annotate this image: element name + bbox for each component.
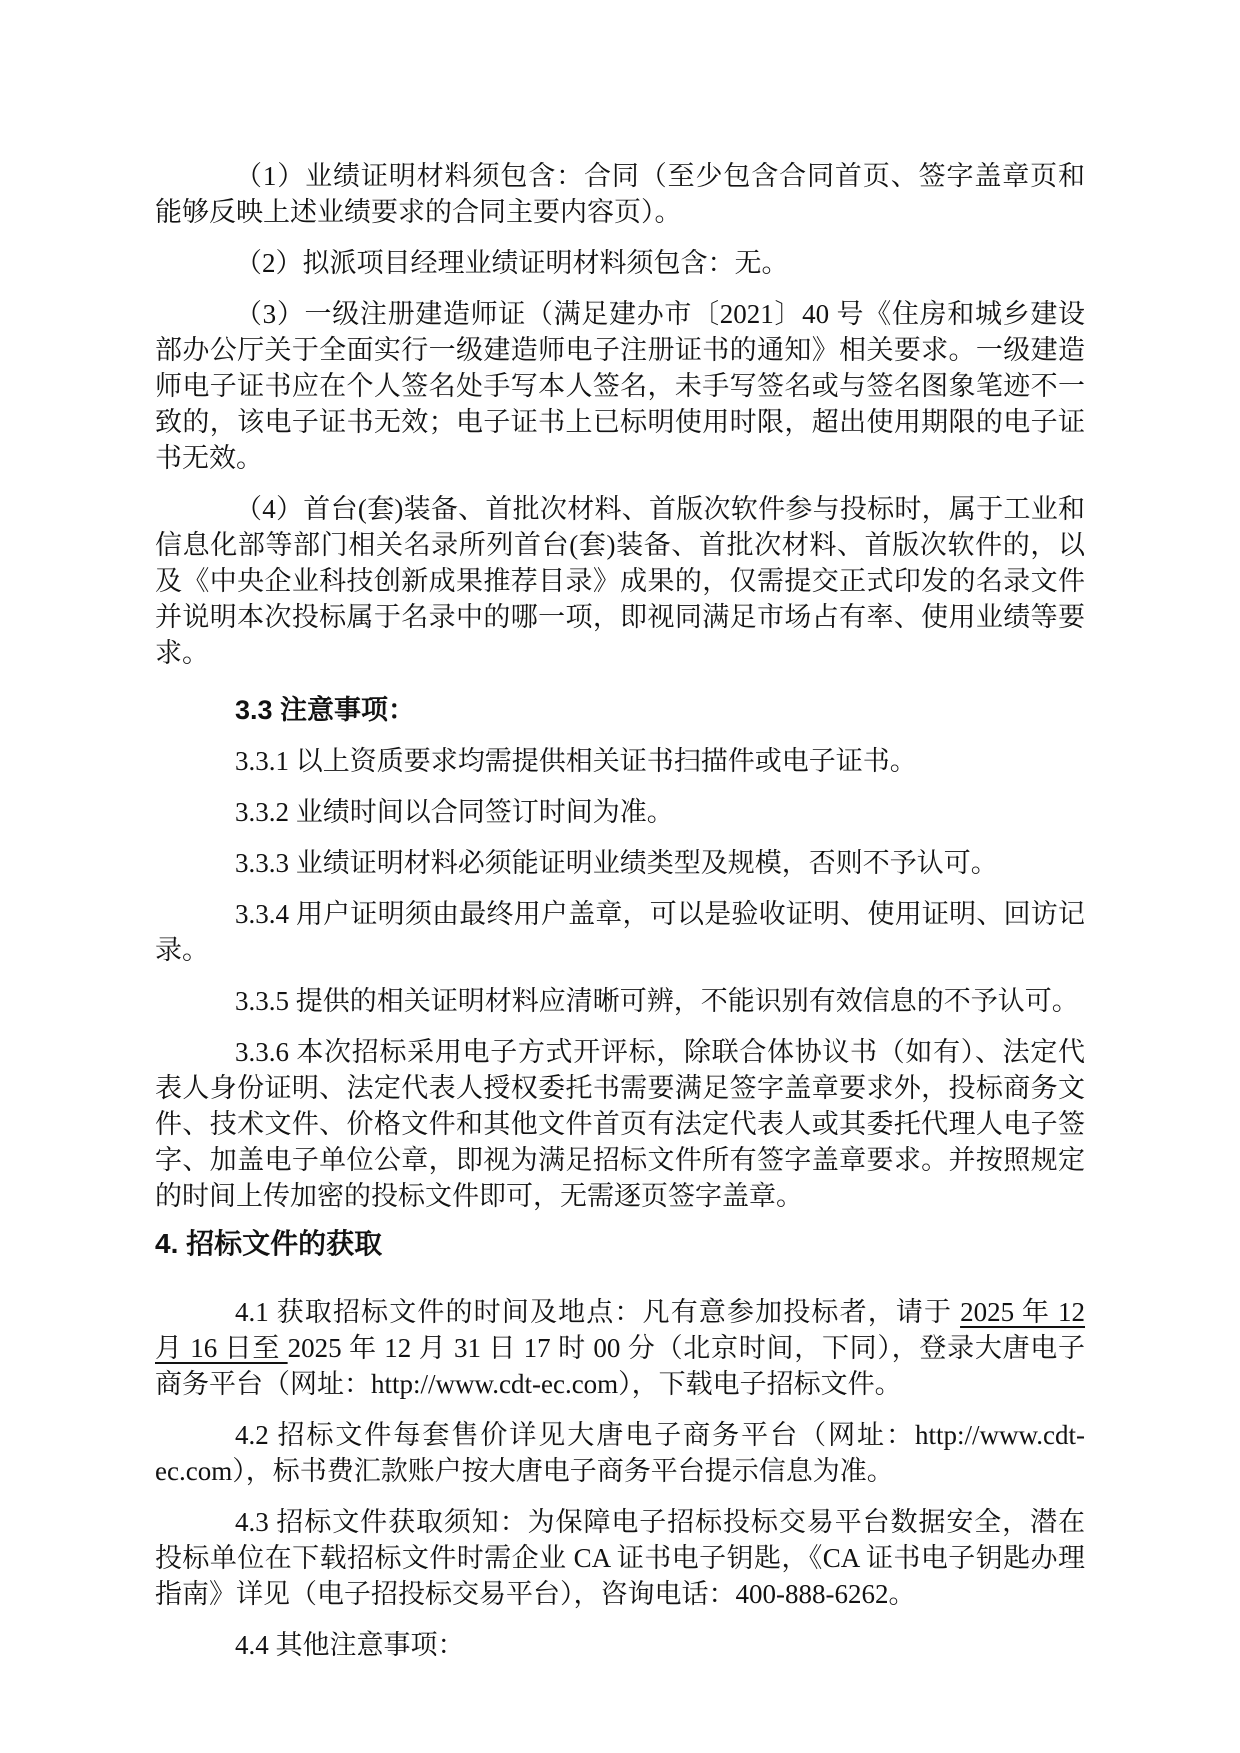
para-4-2: 4.2 招标文件每套售价详见大唐电子商务平台（网址：http://www.cdt… — [155, 1417, 1085, 1489]
heading-4-document-acquisition: 4. 招标文件的获取 — [155, 1226, 1085, 1262]
para-4-3: 4.3 招标文件获取须知：为保障电子招标投标交易平台数据安全，潜在投标单位在下载… — [155, 1504, 1085, 1612]
para-evidence-materials-3: （3）一级注册建造师证（满足建办市〔2021〕40 号《住房和城乡建设部办公厅关… — [155, 296, 1085, 476]
para-4-1: 4.1 获取招标文件的时间及地点：凡有意参加投标者，请于 2025 年 12 月… — [155, 1294, 1085, 1402]
note-3-3-6: 3.3.6 本次招标采用电子方式开评标，除联合体协议书（如有）、法定代表人身份证… — [155, 1034, 1085, 1214]
para-evidence-materials-2: （2）拟派项目经理业绩证明材料须包含：无。 — [155, 245, 1085, 281]
note-3-3-2: 3.3.2 业绩时间以合同签订时间为准。 — [155, 794, 1085, 830]
note-3-3-4: 3.3.4 用户证明须由最终用户盖章，可以是验收证明、使用证明、回访记录。 — [155, 896, 1085, 968]
document-page: （1）业绩证明材料须包含：合同（至少包含合同首页、签字盖章页和能够反映上述业绩要… — [0, 0, 1240, 1753]
note-3-3-3: 3.3.3 业绩证明材料必须能证明业绩类型及规模，否则不予认可。 — [155, 845, 1085, 881]
para-4-1-suffix: 2025 年 12 月 31 日 17 时 00 分（北京时间，下同），登录大唐… — [155, 1333, 1085, 1399]
para-4-1-prefix: 4.1 获取招标文件的时间及地点：凡有意参加投标者，请于 — [235, 1297, 960, 1327]
note-3-3-5: 3.3.5 提供的相关证明材料应清晰可辨，不能识别有效信息的不予认可。 — [155, 983, 1085, 1019]
note-3-3-1: 3.3.1 以上资质要求均需提供相关证书扫描件或电子证书。 — [155, 743, 1085, 779]
para-4-4: 4.4 其他注意事项： — [155, 1627, 1085, 1663]
para-evidence-materials-4: （4）首台(套)装备、首批次材料、首版次软件参与投标时，属于工业和信息化部等部门… — [155, 491, 1085, 671]
para-evidence-materials-1: （1）业绩证明材料须包含：合同（至少包含合同首页、签字盖章页和能够反映上述业绩要… — [155, 158, 1085, 230]
heading-3-3-notes: 3.3 注意事项： — [155, 692, 1085, 728]
